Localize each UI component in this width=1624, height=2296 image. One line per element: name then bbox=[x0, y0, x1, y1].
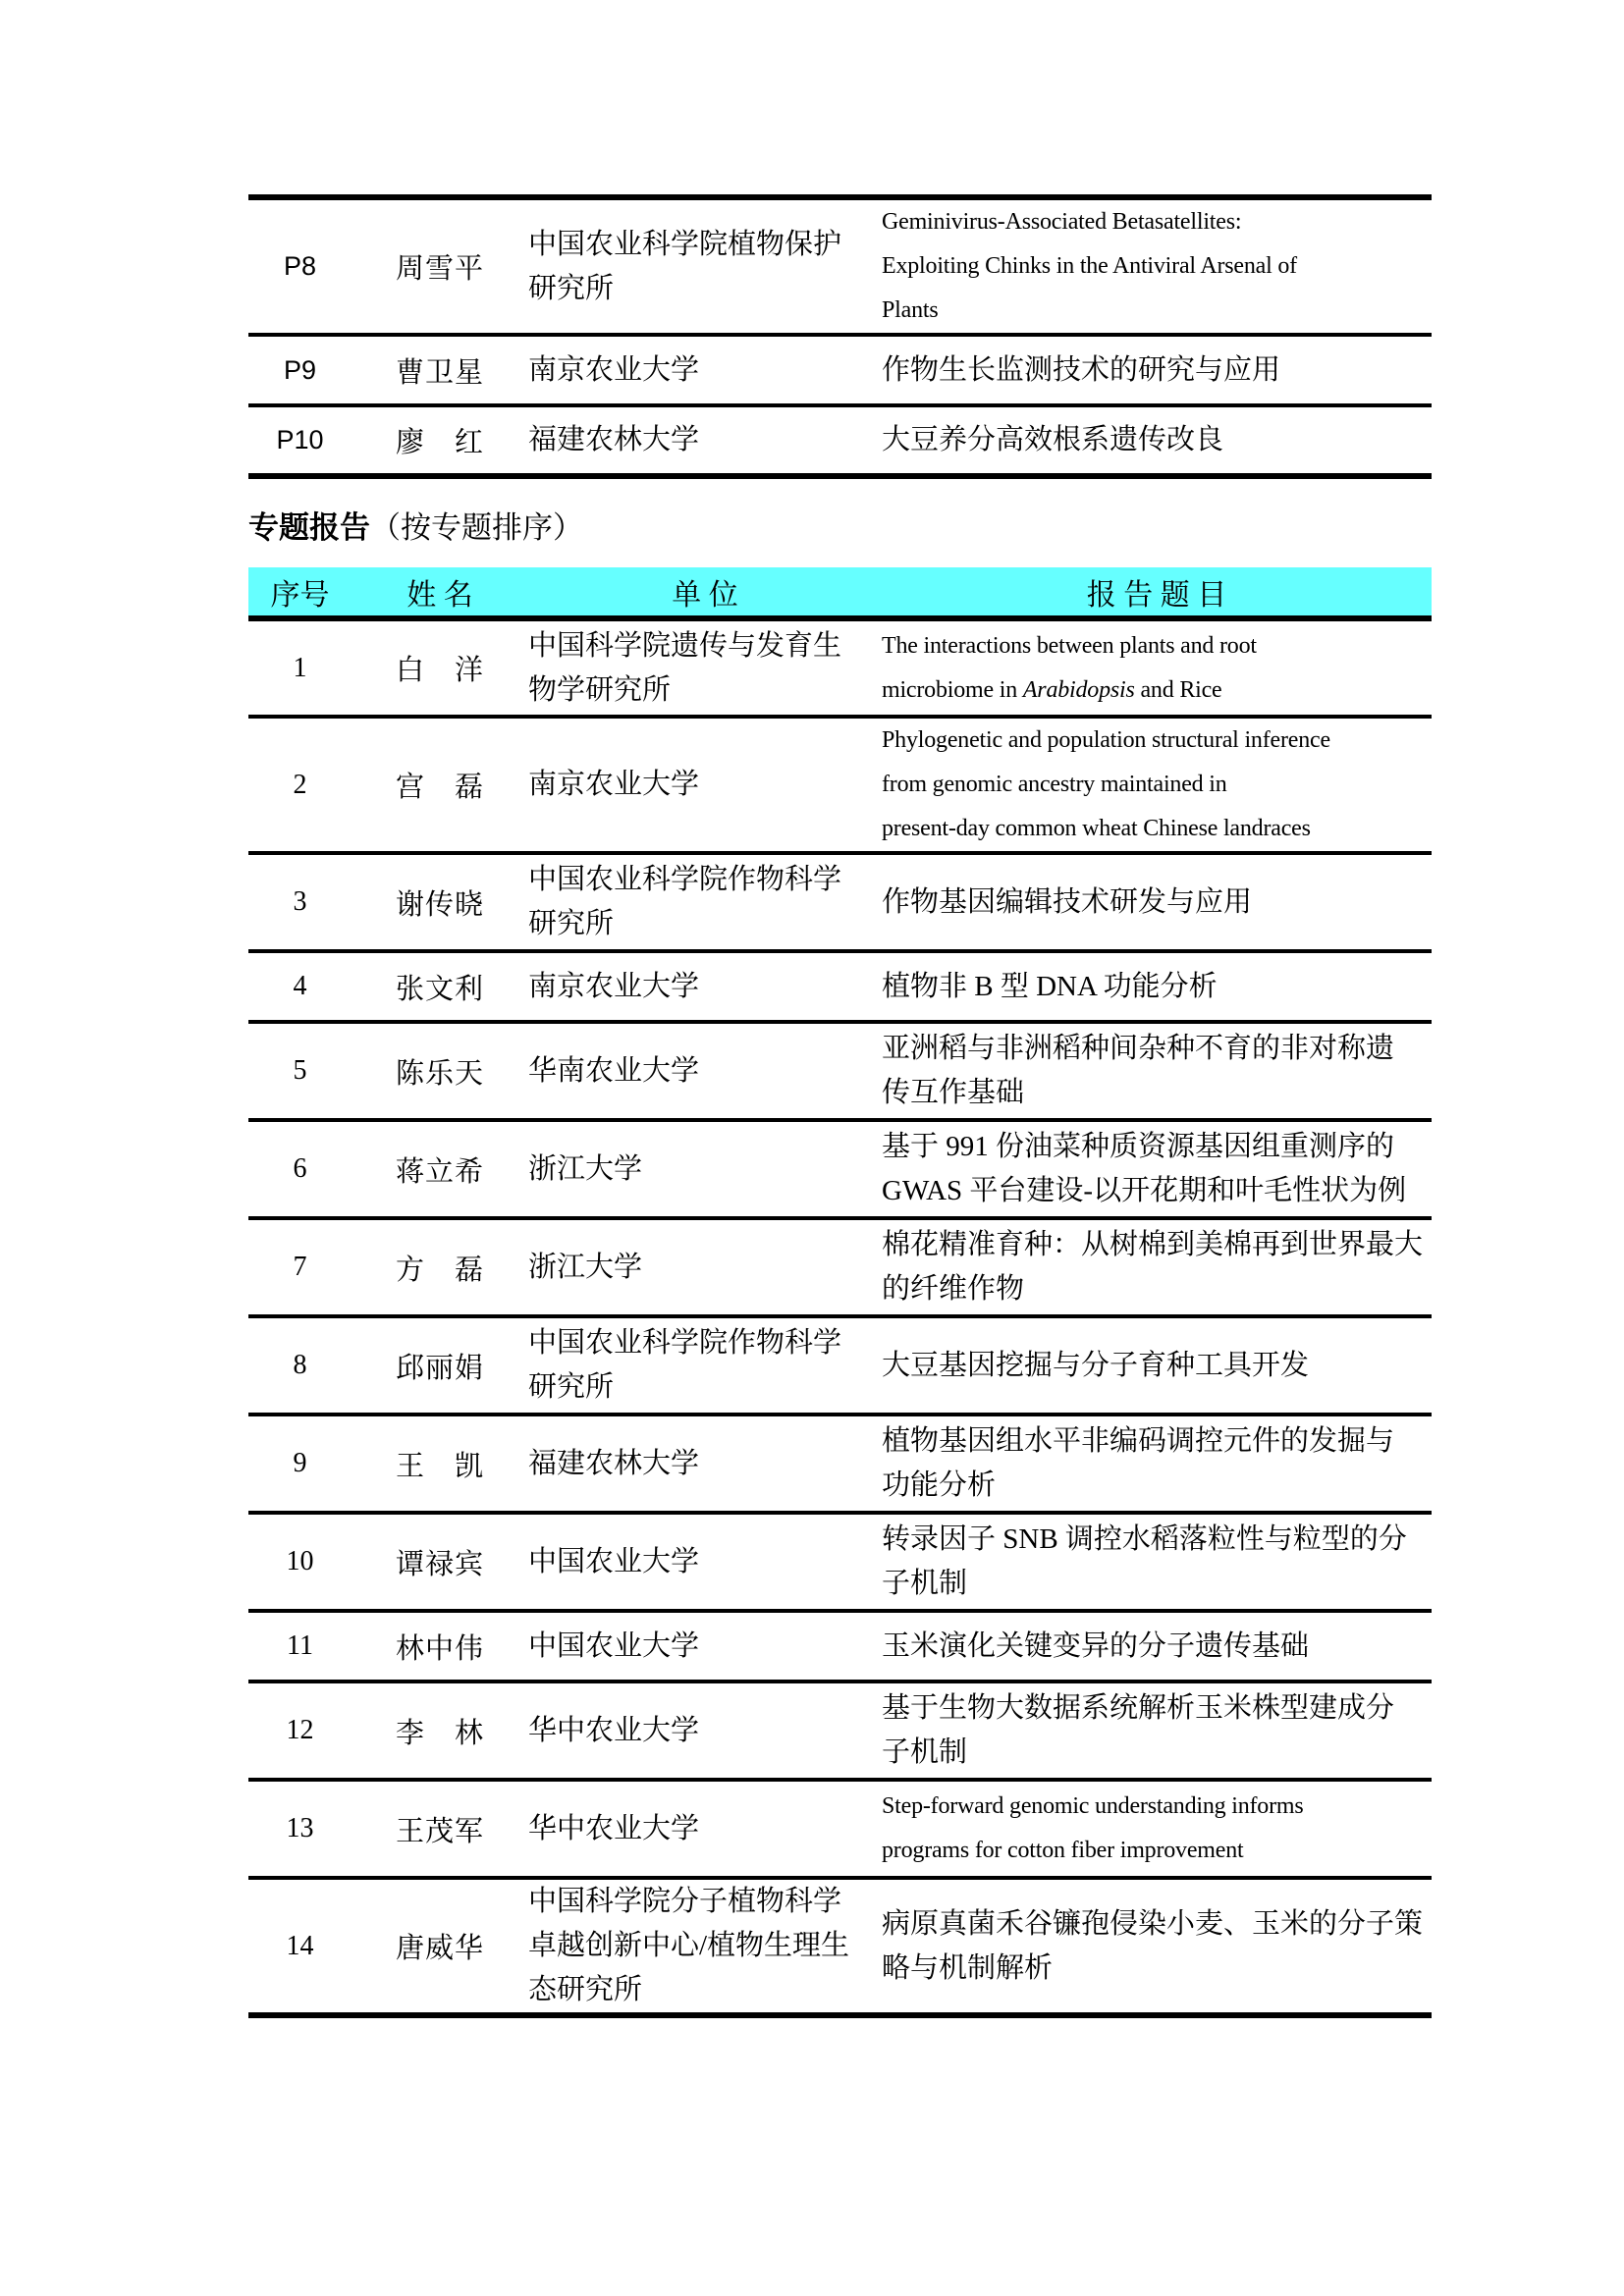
table-row: 6 蒋立希 浙江大学 基于 991 份油菜种质资源基因组重测序的 GWAS 平台… bbox=[248, 1120, 1432, 1218]
header-title: 报 告 题 目 bbox=[882, 567, 1432, 618]
table-row: 1 白 洋 中国科学院遗传与发育生 物学研究所 The interactions… bbox=[248, 618, 1432, 717]
org-cell: 中国农业大学 bbox=[528, 1513, 882, 1611]
name-cell: 曹卫星 bbox=[352, 335, 528, 405]
name-cell: 白 洋 bbox=[352, 618, 528, 717]
name-cell: 唐威华 bbox=[352, 1878, 528, 2015]
table-row: 4 张文利 南京农业大学 植物非 B 型 DNA 功能分析 bbox=[248, 951, 1432, 1022]
seq-cell: P10 bbox=[248, 405, 352, 476]
table-row: 12 李 林 华中农业大学 基于生物大数据系统解析玉米株型建成分 子机制 bbox=[248, 1682, 1432, 1780]
title-cell: 亚洲稻与非洲稻种间杂种不育的非对称遗 传互作基础 bbox=[882, 1022, 1432, 1120]
title-cell: 棉花精准育种：从树棉到美棉再到世界最大 的纤维作物 bbox=[882, 1218, 1432, 1316]
org-cell: 南京农业大学 bbox=[528, 717, 882, 853]
title-cell: Phylogenetic and population structural i… bbox=[882, 717, 1432, 853]
name-cell: 方 磊 bbox=[352, 1218, 528, 1316]
name-cell: 宫 磊 bbox=[352, 717, 528, 853]
title-cell: 作物基因编辑技术研发与应用 bbox=[882, 853, 1432, 951]
name-cell: 林中伟 bbox=[352, 1611, 528, 1682]
title-cell: 植物非 B 型 DNA 功能分析 bbox=[882, 951, 1432, 1022]
org-cell: 浙江大学 bbox=[528, 1120, 882, 1218]
title-cell: 大豆养分高效根系遗传改良 bbox=[882, 405, 1432, 476]
seq-cell: 14 bbox=[248, 1878, 352, 2015]
title-cell: 转录因子 SNB 调控水稻落粒性与粒型的分 子机制 bbox=[882, 1513, 1432, 1611]
section-heading-bold: 专题报告 bbox=[248, 510, 370, 545]
table-row: 14 唐威华 中国科学院分子植物科学 卓越创新中心/植物生理生 态研究所 病原真… bbox=[248, 1878, 1432, 2015]
seq-cell: 4 bbox=[248, 951, 352, 1022]
org-cell: 南京农业大学 bbox=[528, 335, 882, 405]
name-cell: 邱丽娟 bbox=[352, 1316, 528, 1415]
org-cell: 中国农业科学院作物科学 研究所 bbox=[528, 853, 882, 951]
table-row: 10 谭禄宾 中国农业大学 转录因子 SNB 调控水稻落粒性与粒型的分 子机制 bbox=[248, 1513, 1432, 1611]
plenary-table: P8 周雪平 中国农业科学院植物保护 研究所 Geminivirus-Assoc… bbox=[248, 194, 1432, 479]
seq-cell: 11 bbox=[248, 1611, 352, 1682]
title-cell: Step-forward genomic understanding infor… bbox=[882, 1780, 1432, 1878]
page-content: P8 周雪平 中国农业科学院植物保护 研究所 Geminivirus-Assoc… bbox=[248, 0, 1432, 2018]
table-row: P9 曹卫星 南京农业大学 作物生长监测技术的研究与应用 bbox=[248, 335, 1432, 405]
document-page: P8 周雪平 中国农业科学院植物保护 研究所 Geminivirus-Assoc… bbox=[0, 0, 1624, 2296]
seq-cell: 5 bbox=[248, 1022, 352, 1120]
table-row: 11 林中伟 中国农业大学 玉米演化关键变异的分子遗传基础 bbox=[248, 1611, 1432, 1682]
org-cell: 福建农林大学 bbox=[528, 405, 882, 476]
org-cell: 福建农林大学 bbox=[528, 1415, 882, 1513]
table-row: 7 方 磊 浙江大学 棉花精准育种：从树棉到美棉再到世界最大 的纤维作物 bbox=[248, 1218, 1432, 1316]
org-cell: 华中农业大学 bbox=[528, 1682, 882, 1780]
name-cell: 周雪平 bbox=[352, 197, 528, 335]
title-cell: The interactions between plants and root… bbox=[882, 618, 1432, 717]
table-row: 13 王茂军 华中农业大学 Step-forward genomic under… bbox=[248, 1780, 1432, 1878]
name-cell: 蒋立希 bbox=[352, 1120, 528, 1218]
table-row: 2 宫 磊 南京农业大学 Phylogenetic and population… bbox=[248, 717, 1432, 853]
seq-cell: 6 bbox=[248, 1120, 352, 1218]
title-cell: 玉米演化关键变异的分子遗传基础 bbox=[882, 1611, 1432, 1682]
seq-cell: 10 bbox=[248, 1513, 352, 1611]
table-row: P10 廖 红 福建农林大学 大豆养分高效根系遗传改良 bbox=[248, 405, 1432, 476]
name-cell: 王 凯 bbox=[352, 1415, 528, 1513]
name-cell: 谭禄宾 bbox=[352, 1513, 528, 1611]
seq-cell: 8 bbox=[248, 1316, 352, 1415]
name-cell: 李 林 bbox=[352, 1682, 528, 1780]
title-text: and Rice bbox=[1135, 677, 1222, 703]
table-row: 5 陈乐天 华南农业大学 亚洲稻与非洲稻种间杂种不育的非对称遗 传互作基础 bbox=[248, 1022, 1432, 1120]
section-heading: 专题报告（按专题排序） bbox=[248, 508, 1432, 548]
name-cell: 王茂军 bbox=[352, 1780, 528, 1878]
org-cell: 中国农业大学 bbox=[528, 1611, 882, 1682]
name-cell: 陈乐天 bbox=[352, 1022, 528, 1120]
seq-cell: 13 bbox=[248, 1780, 352, 1878]
title-cell: 植物基因组水平非编码调控元件的发掘与 功能分析 bbox=[882, 1415, 1432, 1513]
org-cell: 华南农业大学 bbox=[528, 1022, 882, 1120]
seq-cell: P8 bbox=[248, 197, 352, 335]
org-cell: 华中农业大学 bbox=[528, 1780, 882, 1878]
seq-cell: 3 bbox=[248, 853, 352, 951]
table-row: P8 周雪平 中国农业科学院植物保护 研究所 Geminivirus-Assoc… bbox=[248, 197, 1432, 335]
seq-cell: 1 bbox=[248, 618, 352, 717]
session-table: 序号 姓 名 单 位 报 告 题 目 1 白 洋 中国科学院遗传与发育生 物学研… bbox=[248, 567, 1432, 2018]
title-italic-text: Arabidopsis bbox=[1023, 677, 1135, 703]
name-cell: 廖 红 bbox=[352, 405, 528, 476]
org-cell: 中国科学院遗传与发育生 物学研究所 bbox=[528, 618, 882, 717]
table-row: 8 邱丽娟 中国农业科学院作物科学 研究所 大豆基因挖掘与分子育种工具开发 bbox=[248, 1316, 1432, 1415]
title-cell: 基于 991 份油菜种质资源基因组重测序的 GWAS 平台建设-以开花期和叶毛性… bbox=[882, 1120, 1432, 1218]
table-header-row: 序号 姓 名 单 位 报 告 题 目 bbox=[248, 567, 1432, 618]
table-row: 3 谢传晓 中国农业科学院作物科学 研究所 作物基因编辑技术研发与应用 bbox=[248, 853, 1432, 951]
seq-cell: 2 bbox=[248, 717, 352, 853]
name-cell: 谢传晓 bbox=[352, 853, 528, 951]
table-row: 9 王 凯 福建农林大学 植物基因组水平非编码调控元件的发掘与 功能分析 bbox=[248, 1415, 1432, 1513]
header-name: 姓 名 bbox=[352, 567, 528, 618]
seq-cell: 7 bbox=[248, 1218, 352, 1316]
org-cell: 中国农业科学院植物保护 研究所 bbox=[528, 197, 882, 335]
org-cell: 南京农业大学 bbox=[528, 951, 882, 1022]
seq-cell: 9 bbox=[248, 1415, 352, 1513]
title-cell: 作物生长监测技术的研究与应用 bbox=[882, 335, 1432, 405]
seq-cell: 12 bbox=[248, 1682, 352, 1780]
name-cell: 张文利 bbox=[352, 951, 528, 1022]
header-seq: 序号 bbox=[248, 567, 352, 618]
org-cell: 中国农业科学院作物科学 研究所 bbox=[528, 1316, 882, 1415]
title-cell: Geminivirus-Associated Betasatellites: E… bbox=[882, 197, 1432, 335]
title-cell: 基于生物大数据系统解析玉米株型建成分 子机制 bbox=[882, 1682, 1432, 1780]
header-org: 单 位 bbox=[528, 567, 882, 618]
title-cell: 病原真菌禾谷镰孢侵染小麦、玉米的分子策 略与机制解析 bbox=[882, 1878, 1432, 2015]
seq-cell: P9 bbox=[248, 335, 352, 405]
title-cell: 大豆基因挖掘与分子育种工具开发 bbox=[882, 1316, 1432, 1415]
org-cell: 中国科学院分子植物科学 卓越创新中心/植物生理生 态研究所 bbox=[528, 1878, 882, 2015]
section-heading-note: （按专题排序） bbox=[370, 510, 583, 545]
org-cell: 浙江大学 bbox=[528, 1218, 882, 1316]
